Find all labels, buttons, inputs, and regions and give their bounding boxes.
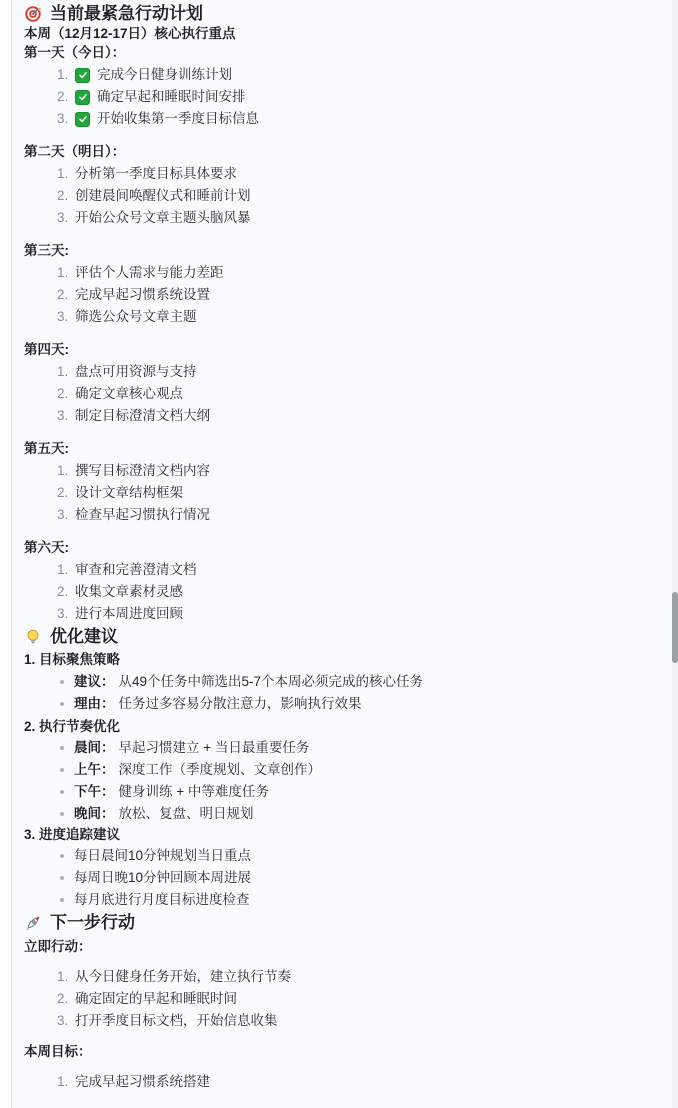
panel-left-strip bbox=[0, 0, 11, 1108]
day-section-2: 第二天（明日）： 1.分析第一季度目标具体要求 2.创建晨间唤醒仪式和睡前计划 … bbox=[24, 142, 648, 229]
bullet-dot bbox=[60, 812, 64, 816]
suggestion-bullet: 每月底进行月度目标进度检查 bbox=[60, 889, 648, 911]
bullet-dot bbox=[60, 790, 64, 794]
suggestion-bullet: 建议：从49个任务中筛选出5-7个本周必须完成的核心任务 bbox=[60, 671, 648, 693]
task-item: 1.盘点可用资源与支持 bbox=[57, 361, 648, 383]
task-item: 2.设计文章结构框架 bbox=[57, 482, 648, 504]
task-item: 3.进行本周进度回顾 bbox=[57, 603, 648, 625]
week-goal-label: 本周目标： bbox=[24, 1042, 648, 1062]
lightbulb-icon bbox=[24, 628, 42, 646]
checked-checkbox-icon[interactable] bbox=[75, 90, 90, 105]
rocket-icon bbox=[24, 914, 42, 932]
day-label: 第五天: bbox=[24, 439, 648, 459]
task-item: 2.创建晨间唤醒仪式和睡前计划 bbox=[57, 185, 648, 207]
section-title: 下一步行动 bbox=[50, 911, 135, 935]
task-item: 3.开始收集第一季度目标信息 bbox=[57, 108, 648, 130]
day-label: 第六天: bbox=[24, 538, 648, 558]
day-section-1: 第一天（今日）： 1.完成今日健身训练计划 2.确定早起和睡眠时间安排 3.开始… bbox=[24, 43, 648, 130]
bullet-dot bbox=[60, 854, 64, 858]
dartboard-icon bbox=[24, 5, 42, 23]
day-section-4: 第四天: 1.盘点可用资源与支持 2.确定文章核心观点 3.制定目标澄清文档大纲 bbox=[24, 340, 648, 427]
action-item: 1.从今日健身任务开始，建立执行节奏 bbox=[57, 966, 648, 988]
task-item: 3.制定目标澄清文档大纲 bbox=[57, 405, 648, 427]
plan-subtitle: 本周（12月12-17日）核心执行重点 bbox=[24, 25, 648, 43]
bullet-dot bbox=[60, 768, 64, 772]
suggestion-group-heading: 3. 进度追踪建议 bbox=[24, 825, 648, 845]
suggestion-bullet: 每周日晚10分钟回顾本周进展 bbox=[60, 867, 648, 889]
scrollbar-thumb[interactable] bbox=[672, 592, 678, 663]
suggestion-bullet: 上午：深度工作（季度规划、文章创作） bbox=[60, 759, 648, 781]
task-item: 2.收集文章素材灵感 bbox=[57, 581, 648, 603]
day-section-6: 第六天: 1.审查和完善澄清文档 2.收集文章素材灵感 3.进行本周进度回顾 bbox=[24, 538, 648, 625]
checked-checkbox-icon[interactable] bbox=[75, 68, 90, 83]
day-section-3: 第三天: 1.评估个人需求与能力差距 2.完成早起习惯系统设置 3.筛选公众号文… bbox=[24, 241, 648, 328]
task-item: 3.筛选公众号文章主题 bbox=[57, 306, 648, 328]
checked-checkbox-icon[interactable] bbox=[75, 112, 90, 127]
task-item: 3.开始公众号文章主题头脑风暴 bbox=[57, 207, 648, 229]
section-heading-urgent-plan: 当前最紧急行动计划 bbox=[24, 2, 648, 26]
scrollbar-track[interactable] bbox=[672, 0, 678, 1108]
task-item: 1.完成今日健身训练计划 bbox=[57, 64, 648, 86]
suggestion-bullet: 下午：健身训练 + 中等难度任务 bbox=[60, 781, 648, 803]
suggestion-bullet: 每日晨间10分钟规划当日重点 bbox=[60, 845, 648, 867]
bullet-dot bbox=[60, 746, 64, 750]
task-item: 2.确定早起和睡眠时间安排 bbox=[57, 86, 648, 108]
day-section-5: 第五天: 1.撰写目标澄清文档内容 2.设计文章结构框架 3.检查早起习惯执行情… bbox=[24, 439, 648, 526]
suggestion-group-heading: 2. 执行节奏优化 bbox=[24, 717, 648, 737]
task-item: 2.完成早起习惯系统设置 bbox=[57, 284, 648, 306]
suggestion-bullet: 理由：任务过多容易分散注意力，影响执行效果 bbox=[60, 693, 648, 715]
document-body: 当前最紧急行动计划 本周（12月12-17日）核心执行重点 第一天（今日）： 1… bbox=[12, 0, 672, 1093]
day-label: 第一天（今日）： bbox=[24, 43, 648, 63]
task-item: 3.检查早起习惯执行情况 bbox=[57, 504, 648, 526]
immediate-action-label: 立即行动： bbox=[24, 937, 648, 957]
action-item: 1.完成早起习惯系统搭建 bbox=[57, 1071, 648, 1093]
section-heading-suggestions: 优化建议 bbox=[24, 625, 648, 649]
bullet-dot bbox=[60, 898, 64, 902]
task-item: 1.审查和完善澄清文档 bbox=[57, 559, 648, 581]
section-title: 当前最紧急行动计划 bbox=[50, 2, 203, 26]
task-item: 1.分析第一季度目标具体要求 bbox=[57, 163, 648, 185]
bullet-dot bbox=[60, 680, 64, 684]
task-item: 1.撰写目标澄清文档内容 bbox=[57, 460, 648, 482]
day-label: 第三天: bbox=[24, 241, 648, 261]
suggestion-bullet: 晚间：放松、复盘、明日规划 bbox=[60, 803, 648, 825]
day-label: 第四天: bbox=[24, 340, 648, 360]
action-item: 2.确定固定的早起和睡眠时间 bbox=[57, 988, 648, 1010]
day-label: 第二天（明日）： bbox=[24, 142, 648, 162]
section-heading-next-actions: 下一步行动 bbox=[24, 911, 648, 935]
suggestion-bullet: 晨间：早起习惯建立 + 当日最重要任务 bbox=[60, 737, 648, 759]
task-item: 2.确定文章核心观点 bbox=[57, 383, 648, 405]
action-item: 3.打开季度目标文档，开始信息收集 bbox=[57, 1010, 648, 1032]
suggestion-group-heading: 1. 目标聚焦策略 bbox=[24, 650, 648, 670]
section-title: 优化建议 bbox=[50, 625, 118, 649]
bullet-dot bbox=[60, 876, 64, 880]
bullet-dot bbox=[60, 702, 64, 706]
task-item: 1.评估个人需求与能力差距 bbox=[57, 262, 648, 284]
